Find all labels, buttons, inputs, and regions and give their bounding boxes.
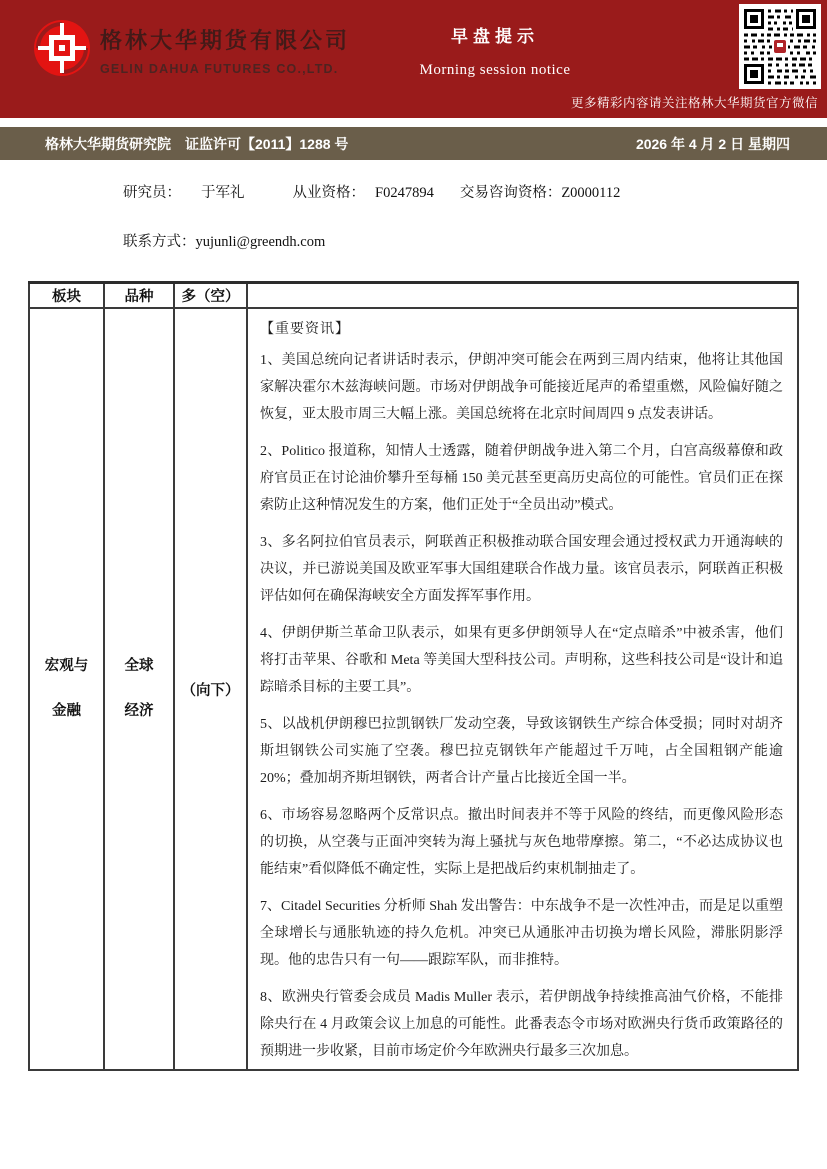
wechat-qr-code	[739, 4, 821, 89]
report-title-block: 早盘提示 Morning session notice	[385, 22, 605, 79]
report-date: 2026 年 4 月 2 日 星期四	[636, 134, 790, 154]
contact-email: yujunli@greendh.com	[196, 234, 326, 251]
advisory-label: 交易咨询资格：	[460, 181, 562, 202]
wechat-follow-note: 更多精彩内容请关注格林大华期货官方微信	[571, 93, 818, 111]
page-header: 格林大华期货有限公司 GELIN DAHUA FUTURES CO.,LTD. …	[0, 0, 827, 118]
institute-info-bar: 格林大华期货研究院 证监许可【2011】1288 号 2026 年 4 月 2 …	[0, 127, 827, 160]
column-header-direction: 多（空）	[174, 283, 247, 309]
news-paragraph-8: 8、欧洲央行管委会成员 Madis Muller 表示，若伊朗战争持续推高油气价…	[260, 984, 783, 1065]
qualification-label: 从业资格：	[293, 181, 366, 202]
column-header-sector: 板块	[29, 283, 104, 309]
researcher-name: 于军礼	[201, 181, 245, 202]
company-name-block: 格林大华期货有限公司 GELIN DAHUA FUTURES CO.,LTD.	[100, 24, 350, 76]
news-paragraph-1: 1、美国总统向记者讲话时表示，伊朗冲突可能会在两到三周内结束，他将让其他国家解决…	[260, 347, 783, 428]
news-paragraphs: 1、美国总统向记者讲话时表示，伊朗冲突可能会在两到三周内结束，他将让其他国家解决…	[260, 347, 783, 1065]
morning-notice-document: { "header": { "company_cn": "格林大华期货有限公司"…	[0, 0, 827, 1169]
column-header-content	[247, 283, 798, 309]
contact-row: 联系方式：yujunli@greendh.com	[123, 230, 827, 251]
company-name-cn: 格林大华期货有限公司	[100, 24, 350, 55]
news-paragraph-2: 2、Politico 报道称，知情人士透露，随着伊朗战争进入第二个月，白宫高级幕…	[260, 438, 783, 519]
news-paragraph-7: 7、Citadel Securities 分析师 Shah 发出警告：中东战争不…	[260, 893, 783, 974]
sector-cell: 宏观与 金融	[29, 308, 104, 1070]
contact-label: 联系方式：	[123, 230, 196, 251]
section-title: 【重要资讯】	[260, 318, 783, 338]
advisory-number: Z0000112	[561, 185, 620, 202]
news-paragraph-5: 5、以战机伊朗穆巴拉凯钢铁厂发动空袭，导致该钢铁生产综合体受损；同时对胡齐斯坦钢…	[260, 711, 783, 792]
qualification-number: F0247894	[375, 185, 434, 202]
sector-line2: 金融	[31, 703, 102, 720]
news-content-cell: 【重要资讯】 1、美国总统向记者讲话时表示，伊朗冲突可能会在两到三周内结束，他将…	[247, 308, 798, 1070]
researcher-info: 研究员：于军礼从业资格：F0247894交易咨询资格：Z0000112 联系方式…	[123, 181, 827, 251]
institute-license: 格林大华期货研究院 证监许可【2011】1288 号	[45, 134, 348, 154]
variety-line2: 经济	[106, 703, 172, 720]
variety-cell: 全球 经济	[104, 308, 174, 1070]
sector-line1: 宏观与	[31, 658, 102, 675]
variety-line1: 全球	[106, 658, 172, 675]
news-paragraph-3: 3、多名阿拉伯官员表示，阿联酋正积极推动联合国安理会通过授权武力开通海峡的决议，…	[260, 529, 783, 610]
company-logo-icon	[32, 17, 92, 79]
report-title-cn: 早盘提示	[385, 22, 605, 47]
news-paragraph-6: 6、市场容易忽略两个反常识点。撤出时间表并不等于风险的终结，而更像风险形态的切换…	[260, 802, 783, 883]
researcher-credentials-row: 研究员：于军礼从业资格：F0247894交易咨询资格：Z0000112	[123, 181, 827, 202]
direction-cell: （向下）	[174, 308, 247, 1070]
researcher-label: 研究员：	[123, 181, 181, 202]
table-header-row: 板块 品种 多（空）	[29, 283, 798, 309]
column-header-variety: 品种	[104, 283, 174, 309]
report-title-en: Morning session notice	[385, 62, 605, 79]
table-row: 宏观与 金融 全球 经济 （向下） 【重要资讯】 1、美国总统向记者讲话时表示，…	[29, 308, 798, 1070]
company-name-en: GELIN DAHUA FUTURES CO.,LTD.	[100, 62, 350, 76]
notice-table: 板块 品种 多（空） 宏观与 金融 全球 经济 （向下） 【重要资讯】 1、美国…	[28, 281, 799, 1071]
news-paragraph-4: 4、伊朗伊斯兰革命卫队表示，如果有更多伊朗领导人在“定点暗杀”中被杀害，他们将打…	[260, 620, 783, 701]
